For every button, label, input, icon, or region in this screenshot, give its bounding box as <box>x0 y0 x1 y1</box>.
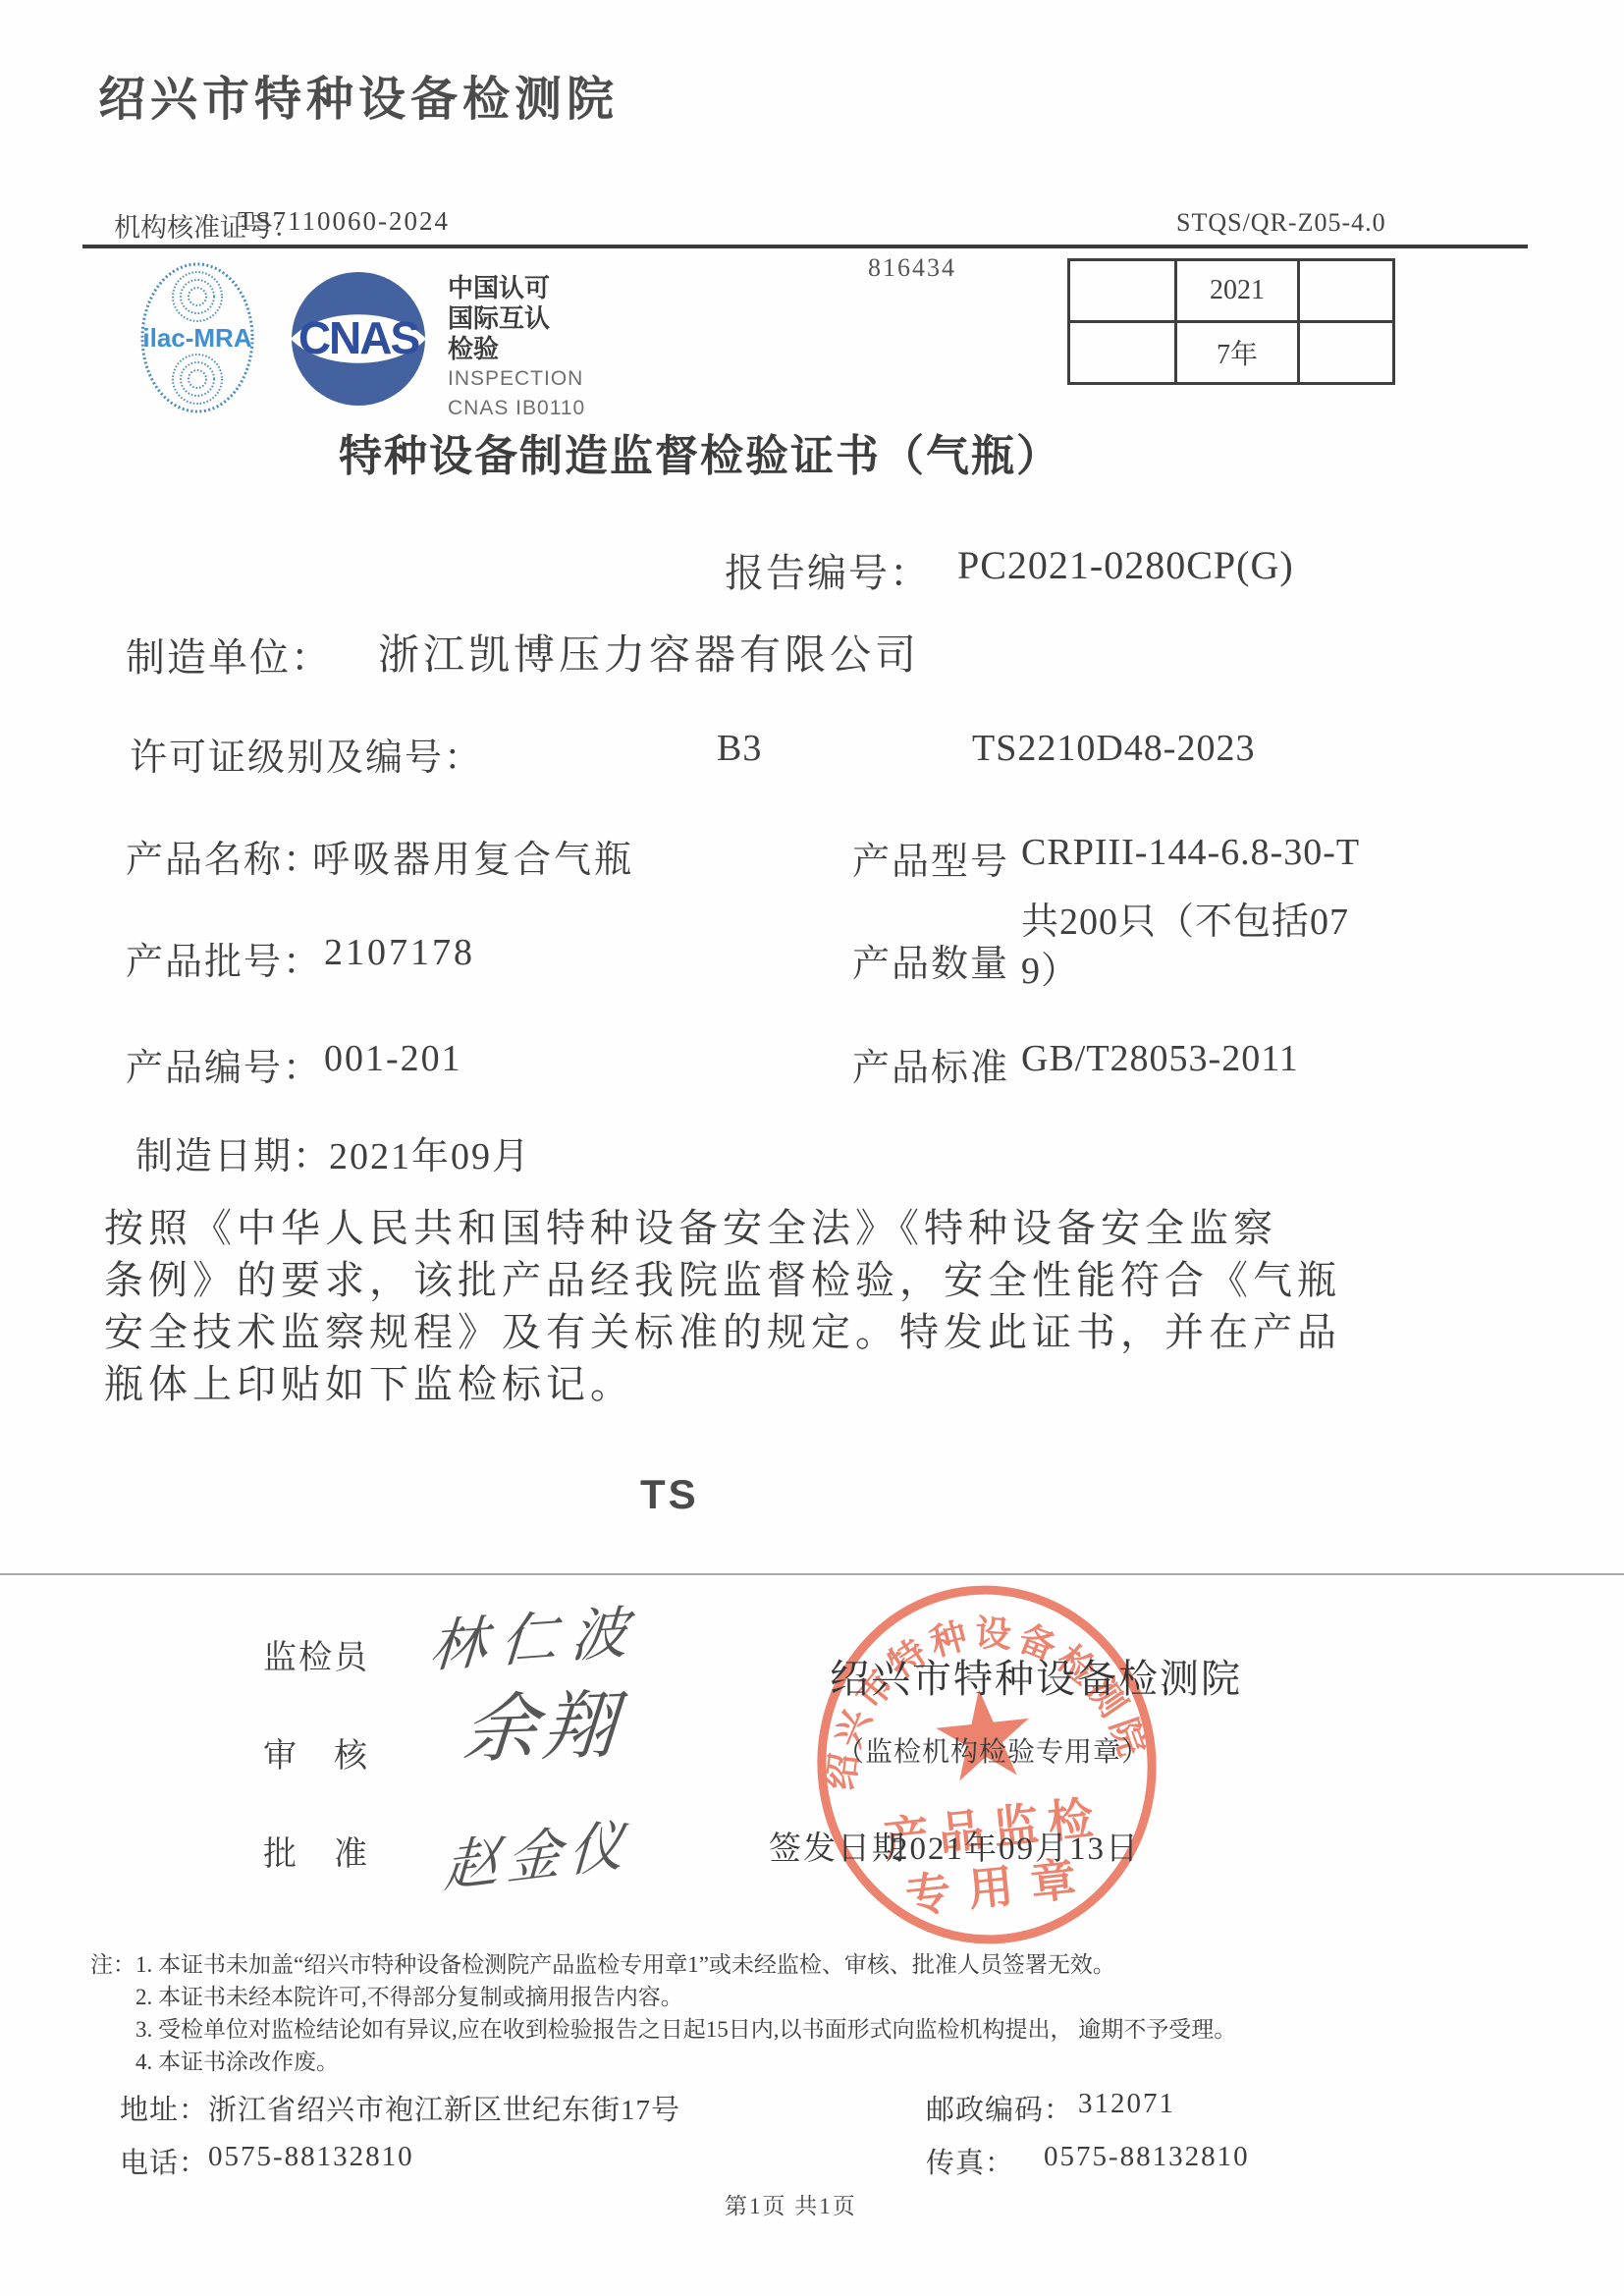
accreditation-cn-1: 中国认可 <box>448 273 585 303</box>
license-level-value: B3 <box>717 727 762 770</box>
report-no-value: PC2021-0280CP(G) <box>957 542 1294 588</box>
fax-value: 0575-88132810 <box>1044 2141 1250 2173</box>
header-rule <box>82 245 1528 248</box>
ilac-mra-text: ilac-MRA <box>142 323 251 353</box>
batch-value: 2107178 <box>324 931 475 974</box>
mfg-date-label: 制造日期： <box>135 1125 332 1179</box>
address-value: 浙江省绍兴市袍江新区世纪东街17号 <box>208 2088 680 2128</box>
note-item-4: 4. 本证书涂改作废。 <box>90 2046 1236 2078</box>
approver-label: 批 准 <box>263 1827 369 1875</box>
certificate-body-text: 按照《中华人民共和国特种设备安全法》《特种设备安全监察 条例》的要求，该批产品经… <box>104 1202 1420 1410</box>
address-label: 地址： <box>120 2088 208 2128</box>
model-label: 产品型号 <box>852 831 1009 885</box>
stamp-institute-name: 绍兴市特种设备检测院 <box>830 1648 1242 1704</box>
certificate-title: 特种设备制造监督检验证书（气瓶） <box>339 420 1061 483</box>
approver-signature: 赵金仪 <box>443 1801 634 1904</box>
section-divider <box>0 1573 1624 1575</box>
product-name-label: 产品名称： <box>126 829 322 883</box>
zip-value: 312071 <box>1078 2088 1175 2120</box>
page-number: 第1页 共1页 <box>725 2188 857 2220</box>
quantity-label: 产品数量 <box>852 933 1009 987</box>
product-name-value: 呼吸器用复合气瓶 <box>312 829 634 883</box>
accreditation-en-2: CNAS IB0110 <box>448 394 585 423</box>
manufacturer-label: 制造单位： <box>126 627 332 683</box>
license-no-value: TS2210D48-2023 <box>972 727 1255 770</box>
phone-value: 0575-88132810 <box>208 2141 414 2173</box>
standard-value: GB/T28053-2011 <box>1021 1037 1299 1080</box>
year-table-cell-empty <box>1069 260 1176 322</box>
year-table-term: 7年 <box>1176 322 1299 384</box>
reviewer-label: 审 核 <box>263 1728 369 1777</box>
ts-supervision-mark: TS <box>640 1471 699 1518</box>
manufacturer-value: 浙江凯博压力容器有限公司 <box>378 623 920 682</box>
product-serial-label: 产品编号： <box>126 1037 322 1091</box>
doc-code: STQS/QR-Z05-4.0 <box>1176 208 1386 238</box>
batch-label: 产品批号： <box>126 931 322 985</box>
product-serial-value: 001-201 <box>324 1037 462 1080</box>
year-table-cell-empty <box>1069 322 1176 384</box>
certificate-page: 绍兴市特种设备检测院 机构核准证号： TS7110060-2024 STQS/Q… <box>0 0 1624 2296</box>
license-label: 许可证级别及编号： <box>130 727 483 781</box>
notes-block: 注：1. 本证书未加盖“绍兴市特种设备检测院产品监检专用章1”或未经监检、审核、… <box>90 1948 1236 2078</box>
zip-label: 邮政编码： <box>926 2088 1073 2128</box>
note-item-3: 3. 受检单位对监检结论如有异议,应在收到检验报告之日起15日内,以书面形式向监… <box>90 2013 1236 2046</box>
standard-label: 产品标准 <box>852 1037 1009 1091</box>
fax-label: 传真： <box>926 2141 1014 2181</box>
accreditation-text: 中国认可 国际互认 检验 INSPECTION CNAS IB0110 <box>448 273 585 423</box>
ilac-mra-logo: ilac-MRA <box>137 259 257 416</box>
inspector-label: 监检员 <box>263 1630 369 1678</box>
accreditation-cn-2: 国际互认 <box>448 303 585 334</box>
cnas-text: CNAS <box>298 312 419 363</box>
quantity-value: 共200只（不包括079） <box>1021 898 1386 996</box>
cnas-logo: CNAS <box>287 269 430 409</box>
year-table-cell-empty <box>1299 260 1394 322</box>
year-table: 2021 7年 <box>1067 258 1395 385</box>
issue-date-value: 2021年09月13日 <box>892 1823 1140 1869</box>
accreditation-cn-3: 检验 <box>448 334 585 364</box>
note-item-2: 2. 本证书未经本院许可,不得部分复制或摘用报告内容。 <box>90 1981 1236 2013</box>
institute-title: 绍兴市特种设备检测院 <box>98 61 619 129</box>
issue-date-label: 签发日期 <box>769 1823 906 1869</box>
stamp-subtitle: （监检机构检验专用章） <box>837 1730 1150 1770</box>
year-table-year: 2021 <box>1176 260 1299 322</box>
phone-label: 电话： <box>120 2141 208 2181</box>
model-value: CRPIII-144-6.8-30-T <box>1021 831 1360 874</box>
notes-prefix: 注： <box>90 1952 135 1977</box>
approval-no-value: TS7110060-2024 <box>238 206 450 237</box>
reviewer-signature: 余翔 <box>460 1665 624 1777</box>
report-no-label: 报告编号： <box>725 542 931 598</box>
mfg-date-value: 2021年09月 <box>329 1125 531 1179</box>
form-serial-number: 816434 <box>868 253 956 283</box>
accreditation-en-1: INSPECTION <box>448 364 585 394</box>
year-table-cell-empty <box>1299 322 1394 384</box>
